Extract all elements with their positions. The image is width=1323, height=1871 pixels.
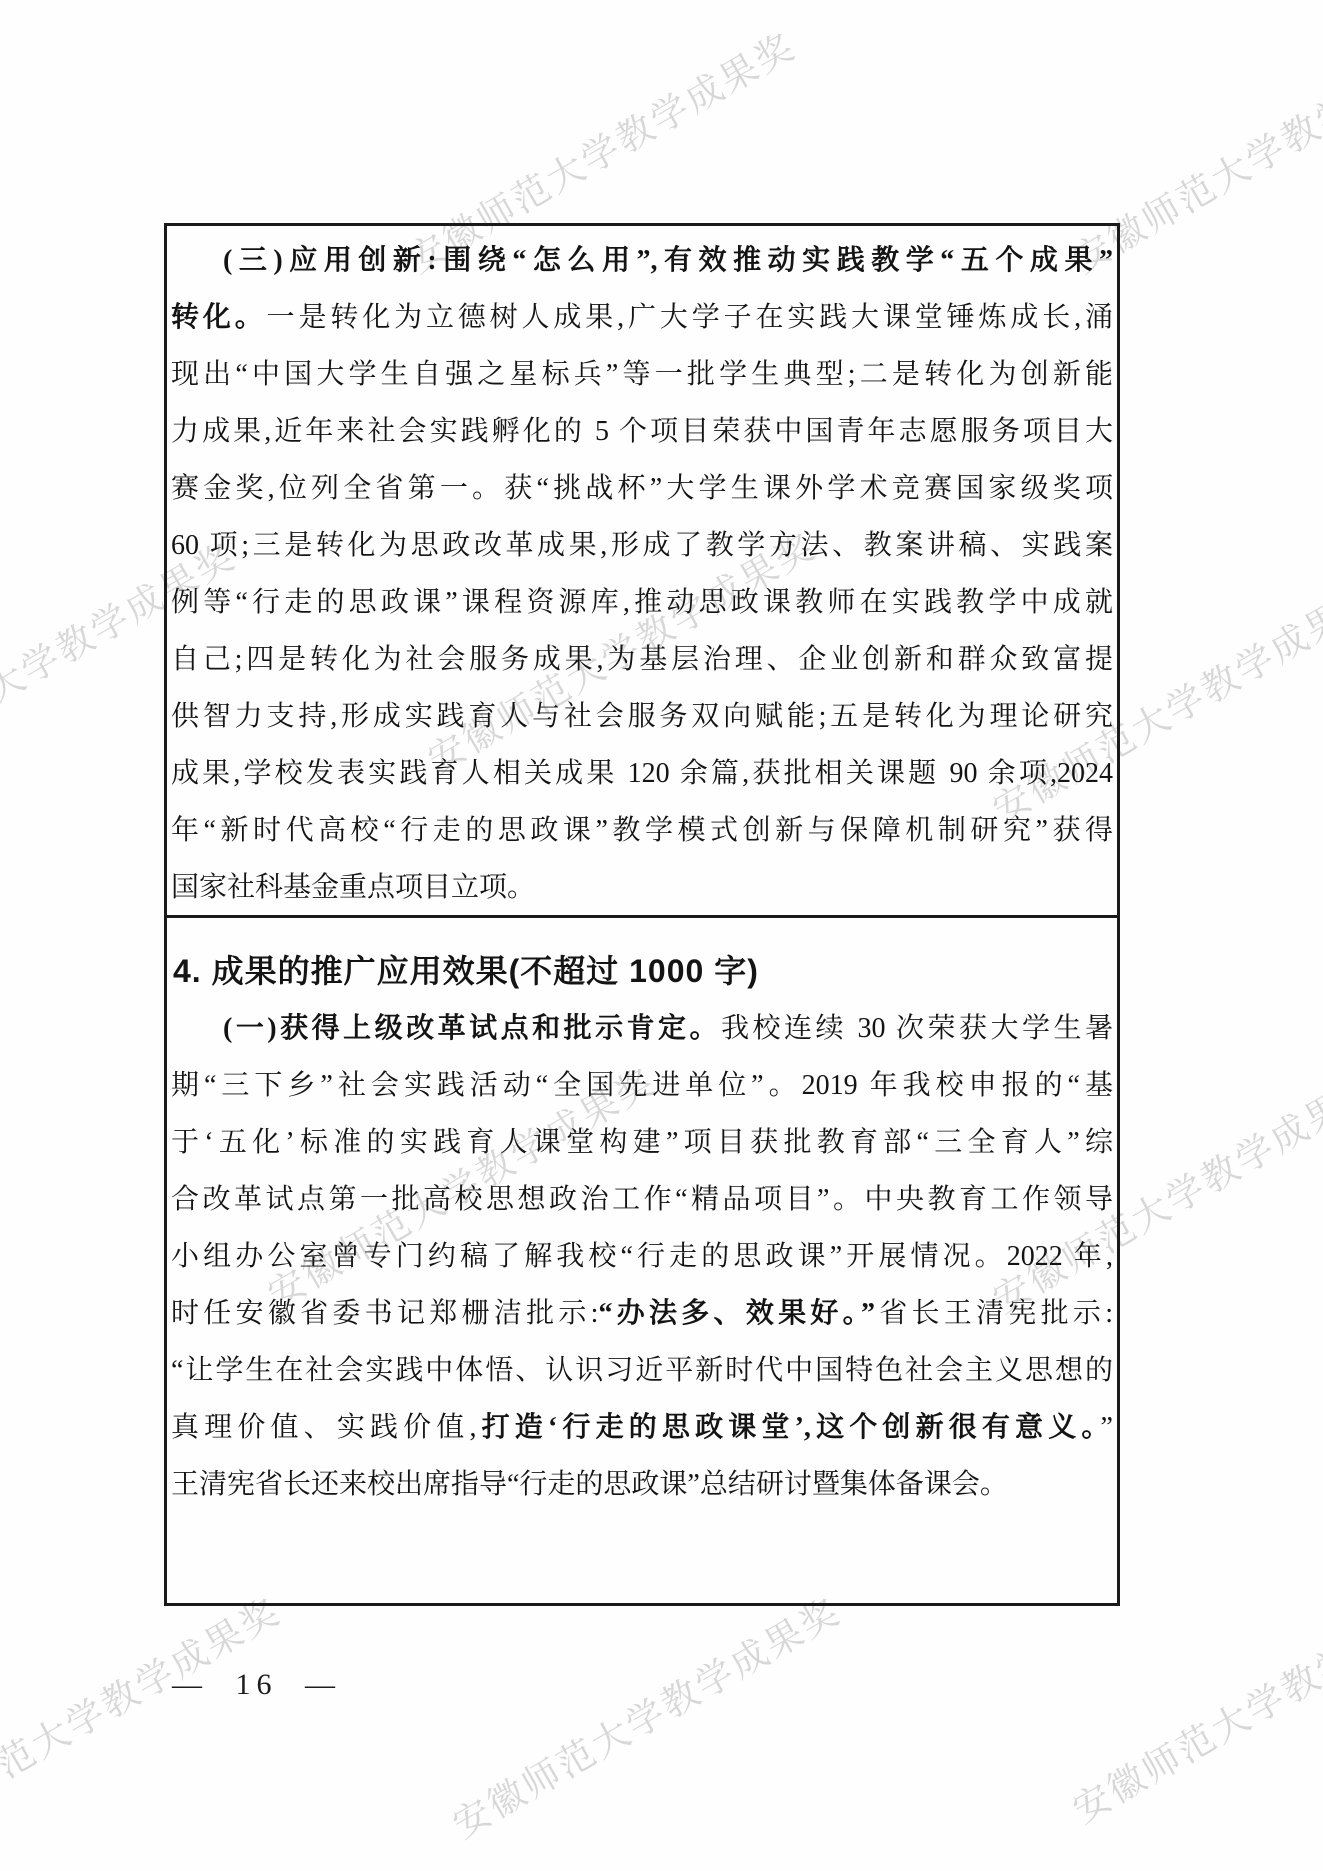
- text-line: 例等“行走的思政课”课程资源库,推动思政课教师在实践教学中成就: [171, 574, 1113, 631]
- bold-text-segment: (三)应用创新:围绕“怎么用”,有效推动实践教学“五个成果”: [223, 245, 1113, 276]
- text-segment: 赛金奖,位列全省第一。获“挑战杯”大学生课外学术竞赛国家级奖项: [171, 473, 1113, 504]
- section-paragraph: (一)获得上级改革试点和批示肯定。我校连续 30 次荣获大学生暑期“三下乡”社会…: [171, 1000, 1113, 1513]
- text-segment: 于‘五化’标准的实践育人课堂构建”项目获批教育部“三全育人”综: [171, 1127, 1113, 1158]
- page-number: — 16 —: [172, 1668, 341, 1702]
- text-segment: 省长王清宪批示:: [875, 1298, 1113, 1329]
- text-line: “让学生在社会实践中体悟、认识习近平新时代中国特色社会主义思想的: [171, 1342, 1113, 1399]
- bold-text-segment: 转化。: [171, 302, 267, 333]
- text-segment: ”: [1101, 1412, 1113, 1443]
- text-line: 成果,学校发表实践育人相关成果 120 余篇,获批相关课题 90 余项,2024: [171, 745, 1113, 802]
- bold-text-segment: (一)获得上级改革试点和批示肯定。: [223, 1013, 721, 1044]
- section-promotion-effect: 4. 成果的推广应用效果(不超过 1000 字) (一)获得上级改革试点和批示肯…: [167, 918, 1117, 1603]
- text-line: 力成果,近年来社会实践孵化的 5 个项目荣获中国青年志愿服务项目大: [171, 403, 1113, 460]
- text-segment: 期“三下乡”社会实践活动“全国先进单位”。2019 年我校申报的“基: [171, 1070, 1113, 1101]
- text-line: 赛金奖,位列全省第一。获“挑战杯”大学生课外学术竞赛国家级奖项: [171, 460, 1113, 517]
- section-application-innovation: (三)应用创新:围绕“怎么用”,有效推动实践教学“五个成果”转化。一是转化为立德…: [167, 226, 1117, 918]
- text-line: 自己;四是转化为社会服务成果,为基层治理、企业创新和群众致富提: [171, 631, 1113, 688]
- document-page: 安徽师范大学教学成果奖 安徽师范大学教学成果奖 安徽师范大学教学成果奖 安徽师范…: [0, 0, 1323, 1871]
- section-heading: 4. 成果的推广应用效果(不超过 1000 字): [173, 942, 1113, 1000]
- text-line: 转化。一是转化为立德树人成果,广大学子在实践大课堂锤炼成长,涌: [171, 289, 1113, 346]
- bold-text-segment: “办法多、效果好。”: [598, 1298, 875, 1329]
- text-line: 年“新时代高校“行走的思政课”教学模式创新与保障机制研究”获得: [171, 802, 1113, 859]
- text-line: 合改革试点第一批高校思想政治工作“精品项目”。中央教育工作领导: [171, 1171, 1113, 1228]
- text-segment: 供智力支持,形成实践育人与社会服务双向赋能;五是转化为理论研究: [171, 701, 1113, 732]
- text-line: 现出“中国大学生自强之星标兵”等一批学生典型;二是转化为创新能: [171, 346, 1113, 403]
- text-segment: 例等“行走的思政课”课程资源库,推动思政课教师在实践教学中成就: [171, 587, 1113, 618]
- text-line: 时任安徽省委书记郑栅洁批示:“办法多、效果好。”省长王清宪批示:: [171, 1285, 1113, 1342]
- text-line: 于‘五化’标准的实践育人课堂构建”项目获批教育部“三全育人”综: [171, 1114, 1113, 1171]
- watermark-text: 安徽师范大学教学成果奖: [1061, 1567, 1323, 1834]
- text-segment: “让学生在社会实践中体悟、认识习近平新时代中国特色社会主义思想的: [171, 1355, 1113, 1386]
- text-segment: 我校连续 30 次荣获大学生暑: [721, 1013, 1113, 1044]
- text-segment: 年“新时代高校“行走的思政课”教学模式创新与保障机制研究”获得: [171, 815, 1113, 846]
- text-segment: 小组办公室曾专门约稿了解我校“行走的思政课”开展情况。2022 年,: [171, 1241, 1113, 1272]
- watermark-text: 安徽师范大学教学成果奖: [441, 1582, 849, 1849]
- text-segment: 合改革试点第一批高校思想政治工作“精品项目”。中央教育工作领导: [171, 1184, 1113, 1215]
- text-segment: 力成果,近年来社会实践孵化的 5 个项目荣获中国青年志愿服务项目大: [171, 416, 1113, 447]
- text-segment: 一是转化为立德树人成果,广大学子在实践大课堂锤炼成长,涌: [267, 302, 1113, 333]
- text-line: 60 项;三是转化为思政改革成果,形成了教学方法、教案讲稿、实践案: [171, 517, 1113, 574]
- text-line: 真理价值、实践价值,打造‘行走的思政课堂’,这个创新很有意义。”: [171, 1399, 1113, 1456]
- text-segment: 自己;四是转化为社会服务成果,为基层治理、企业创新和群众致富提: [171, 644, 1113, 675]
- bold-text-segment: 打造‘行走的思政课堂’,这个创新很有意义。: [476, 1412, 1100, 1443]
- text-segment: 时任安徽省委书记郑栅洁批示:: [171, 1298, 598, 1329]
- text-line: 期“三下乡”社会实践活动“全国先进单位”。2019 年我校申报的“基: [171, 1057, 1113, 1114]
- text-segment: 王清宪省长还来校出席指导“行走的思政课”总结研讨暨集体备课会。: [171, 1469, 1008, 1500]
- form-table: (三)应用创新:围绕“怎么用”,有效推动实践教学“五个成果”转化。一是转化为立德…: [164, 223, 1120, 1606]
- text-segment: 60 项;三是转化为思政改革成果,形成了教学方法、教案讲稿、实践案: [171, 530, 1113, 561]
- text-line: (一)获得上级改革试点和批示肯定。我校连续 30 次荣获大学生暑: [171, 1000, 1113, 1057]
- text-segment: 真理价值、实践价值,: [171, 1412, 476, 1443]
- text-line: 国家社科基金重点项目立项。: [171, 859, 1113, 916]
- text-segment: 成果,学校发表实践育人相关成果 120 余篇,获批相关课题 90 余项,2024: [171, 758, 1113, 789]
- text-line: 小组办公室曾专门约稿了解我校“行走的思政课”开展情况。2022 年,: [171, 1228, 1113, 1285]
- text-segment: 现出“中国大学生自强之星标兵”等一批学生典型;二是转化为创新能: [171, 359, 1113, 390]
- watermark-text: 安徽师范大学教学成果奖: [0, 1582, 289, 1849]
- text-line: (三)应用创新:围绕“怎么用”,有效推动实践教学“五个成果”: [171, 232, 1113, 289]
- text-segment: 国家社科基金重点项目立项。: [171, 872, 535, 903]
- text-line: 王清宪省长还来校出席指导“行走的思政课”总结研讨暨集体备课会。: [171, 1456, 1113, 1513]
- text-line: 供智力支持,形成实践育人与社会服务双向赋能;五是转化为理论研究: [171, 688, 1113, 745]
